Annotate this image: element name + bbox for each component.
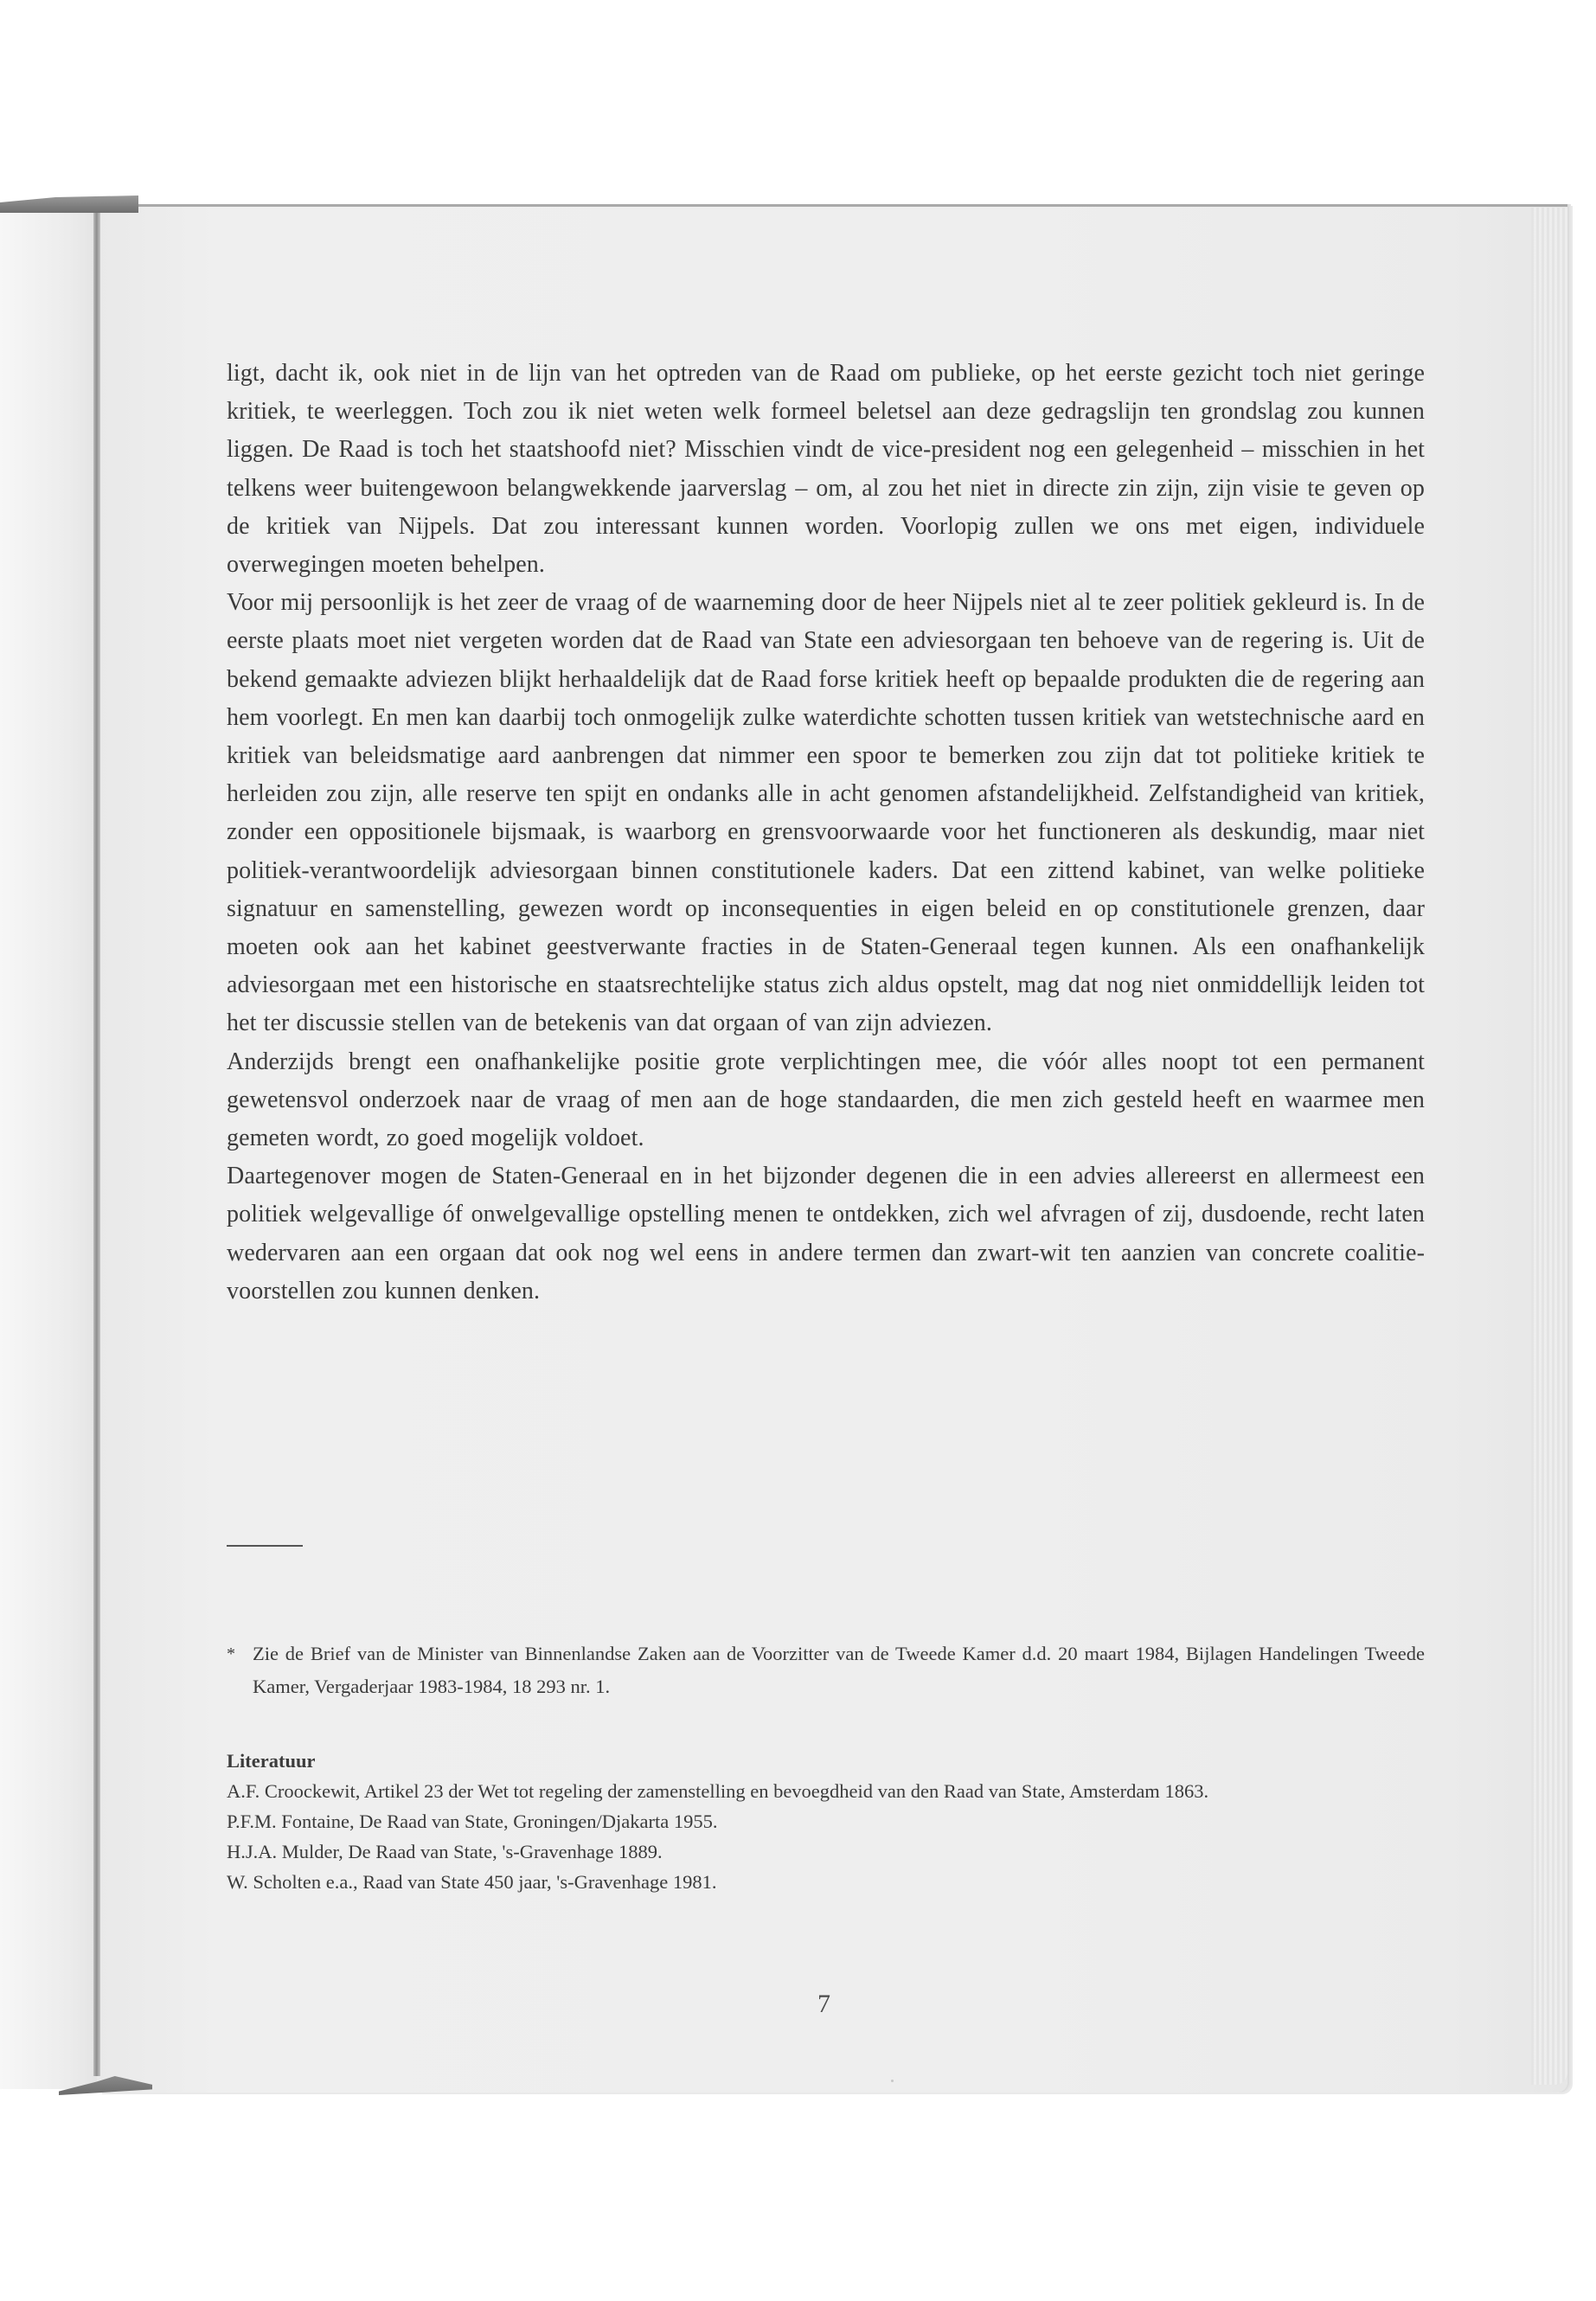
book-spine [93, 208, 100, 2076]
page-stack-edge [1531, 208, 1567, 2085]
footnote-marker: * [227, 1638, 253, 1703]
scan-speck [891, 2080, 894, 2082]
literature-item: H.J.A. Mulder, De Raad van State, 's-Gra… [227, 1836, 1425, 1867]
literature-item: P.F.M. Fontaine, De Raad van State, Gron… [227, 1806, 1425, 1836]
literature-item: A.F. Croockewit, Artikel 23 der Wet tot … [227, 1776, 1425, 1806]
literature-section: Literatuur A.F. Croockewit, Artikel 23 d… [227, 1746, 1425, 1897]
page-number: 7 [817, 1990, 830, 2019]
literature-heading: Literatuur [227, 1746, 1425, 1776]
spine-binding-top [0, 195, 138, 213]
paragraph: ligt, dacht ik, ook niet in de lijn van … [227, 355, 1425, 584]
footnote-divider [227, 1545, 303, 1547]
footnote: * Zie de Brief van de Minister van Binne… [227, 1638, 1425, 1703]
footnote-text: Zie de Brief van de Minister van Binnenl… [253, 1638, 1425, 1703]
previous-page-edge [0, 212, 97, 2089]
paragraph: Daartegenover mogen de Staten-Generaal e… [227, 1157, 1425, 1311]
body-text: ligt, dacht ik, ook niet in de lijn van … [227, 355, 1425, 1311]
scanned-book-page: ligt, dacht ik, ook niet in de lijn van … [0, 0, 1596, 2301]
paragraph: Anderzijds brengt een onafhankelijke pos… [227, 1043, 1425, 1158]
paragraph: Voor mij persoonlijk is het zeer de vraa… [227, 584, 1425, 1042]
literature-item: W. Scholten e.a., Raad van State 450 jaa… [227, 1867, 1425, 1897]
